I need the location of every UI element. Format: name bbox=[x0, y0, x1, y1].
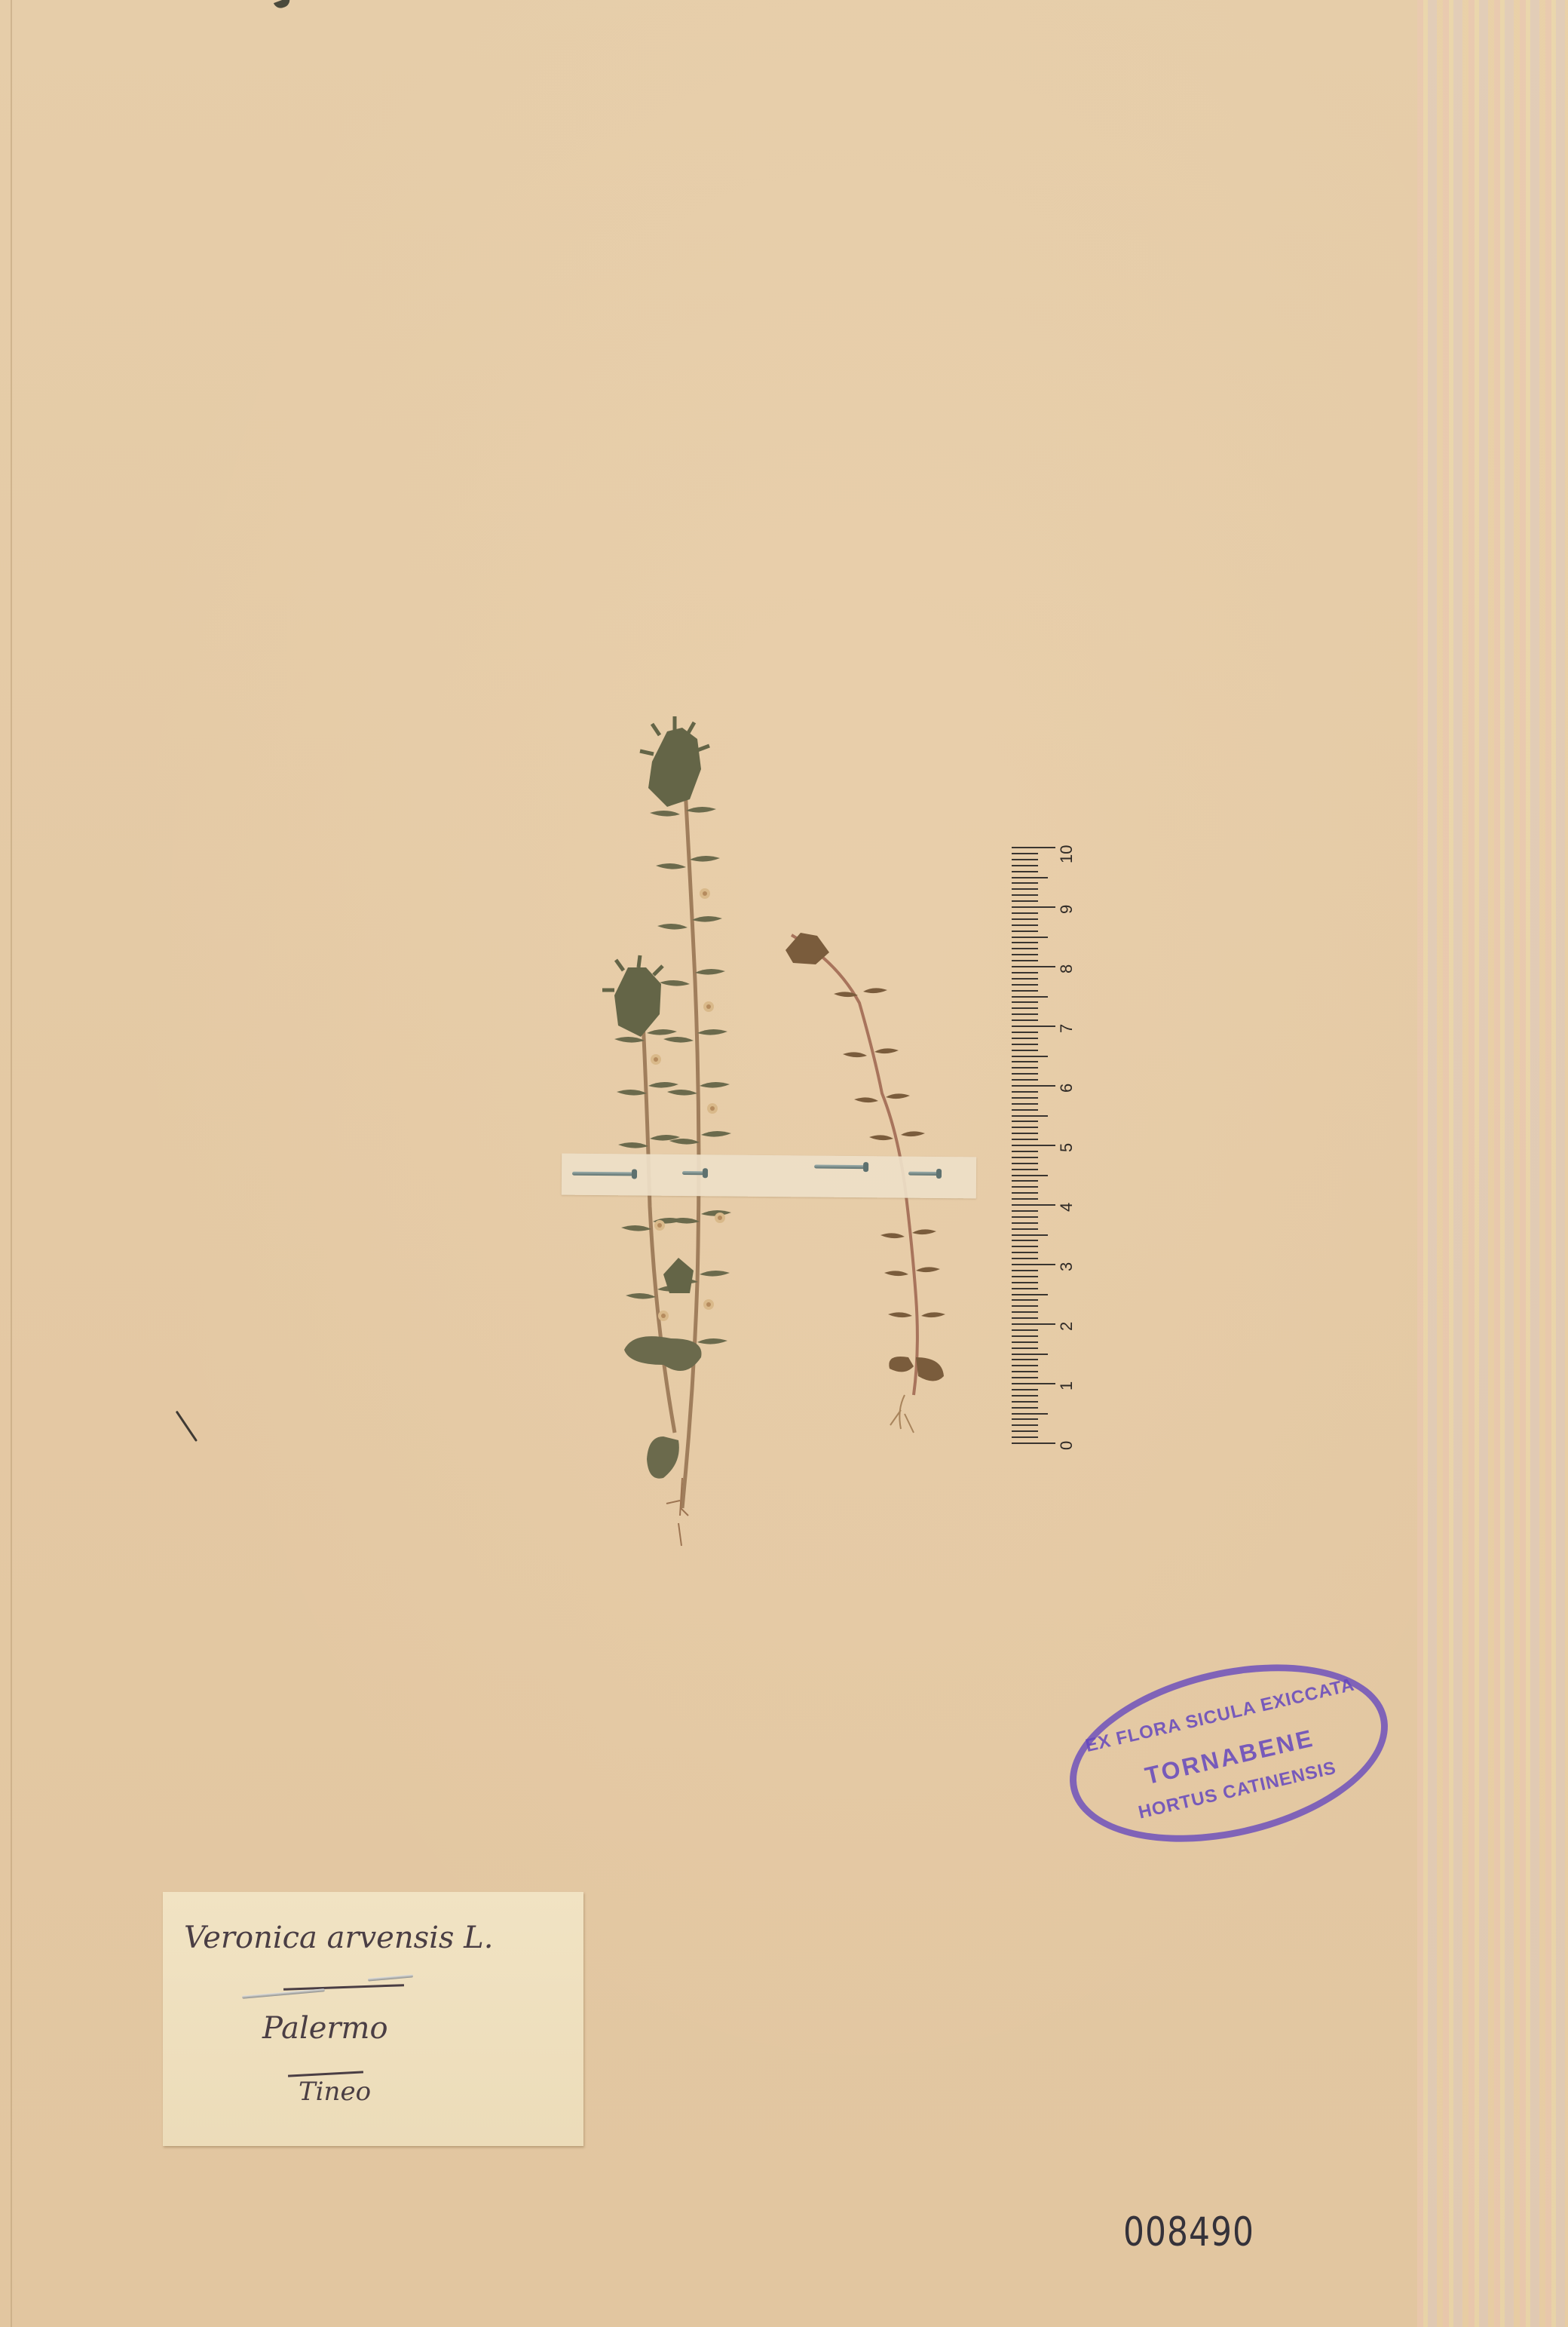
ruler-tick bbox=[1012, 1127, 1038, 1128]
ruler-tick bbox=[1012, 1305, 1038, 1307]
ruler-label-0: 0 bbox=[1057, 1441, 1076, 1450]
ruler-tick bbox=[1012, 882, 1038, 884]
pin bbox=[814, 1165, 865, 1170]
ruler-label-5: 5 bbox=[1057, 1143, 1076, 1152]
ruler-tick bbox=[1012, 1407, 1038, 1409]
ruler-tick bbox=[1012, 1371, 1038, 1372]
ruler-tick bbox=[1012, 900, 1038, 902]
ruler-tick bbox=[1012, 1151, 1038, 1152]
ruler-tick bbox=[1012, 1026, 1055, 1027]
pin bbox=[682, 1171, 705, 1175]
label-underline bbox=[283, 1984, 404, 1991]
ruler-tick bbox=[1012, 1354, 1048, 1355]
scale-ruler: 0 1 2 3 4 5 6 7 8 9 10 bbox=[1010, 841, 1078, 1452]
ruler-tick bbox=[1012, 1044, 1038, 1045]
ruler-tick bbox=[1012, 1383, 1055, 1384]
ruler-tick bbox=[1012, 1007, 1038, 1009]
ruler-tick bbox=[1012, 1192, 1038, 1194]
ruler-tick bbox=[1012, 972, 1038, 973]
ruler-tick bbox=[1012, 1157, 1038, 1158]
ruler-tick bbox=[1012, 1311, 1038, 1313]
pin bbox=[908, 1172, 939, 1176]
label-pin bbox=[368, 1974, 413, 1981]
ruler-tick bbox=[1012, 1347, 1038, 1349]
ruler-tick bbox=[1012, 1056, 1048, 1057]
ruler-tick bbox=[1012, 930, 1038, 932]
ruler-tick bbox=[1012, 1061, 1038, 1062]
ruler-tick bbox=[1012, 1317, 1038, 1319]
ruler-label-10: 10 bbox=[1057, 845, 1076, 863]
ruler-label-1: 1 bbox=[1057, 1381, 1076, 1390]
catalog-number: 008490 bbox=[1123, 2209, 1254, 2255]
ruler-tick bbox=[1012, 1365, 1038, 1366]
herbarium-sheet: 0 1 2 3 4 5 6 7 8 9 10 EX FLORA SICULA E… bbox=[0, 0, 1568, 2327]
ruler-tick bbox=[1012, 1234, 1048, 1236]
ruler-tick bbox=[1012, 990, 1038, 992]
ruler-tick bbox=[1012, 978, 1038, 980]
taxon-name: Veronica arvensis L. bbox=[184, 1921, 493, 1955]
ruler-tick bbox=[1012, 1413, 1048, 1415]
ruler-tick bbox=[1012, 1323, 1055, 1325]
ruler-tick bbox=[1012, 966, 1055, 967]
ruler-tick bbox=[1012, 1038, 1038, 1039]
ruler-tick bbox=[1012, 948, 1038, 949]
ruler-tick bbox=[1012, 1246, 1038, 1247]
ruler-tick bbox=[1012, 1180, 1038, 1182]
ruler-tick bbox=[1012, 859, 1038, 860]
ruler-tick bbox=[1012, 1109, 1038, 1111]
ruler-tick bbox=[1012, 1418, 1038, 1420]
ruler-tick bbox=[1012, 960, 1038, 961]
ruler-tick bbox=[1012, 1067, 1038, 1068]
ruler-tick bbox=[1012, 1389, 1038, 1390]
ruler-label-6: 6 bbox=[1057, 1084, 1076, 1093]
ruler-tick bbox=[1012, 1430, 1038, 1432]
ruler-tick bbox=[1012, 1216, 1038, 1218]
ruler-tick bbox=[1012, 1097, 1038, 1099]
ruler-tick bbox=[1012, 888, 1038, 890]
ruler-tick bbox=[1012, 1145, 1055, 1146]
ruler-tick bbox=[1012, 1175, 1048, 1176]
ruler-tick bbox=[1012, 1115, 1048, 1117]
ruler-tick bbox=[1012, 1163, 1038, 1164]
ruler-tick bbox=[1012, 1032, 1038, 1033]
ruler-tick bbox=[1012, 1395, 1038, 1397]
ruler-tick bbox=[1012, 1222, 1038, 1224]
ruler-tick bbox=[1012, 924, 1038, 926]
ruler-tick bbox=[1012, 1204, 1055, 1206]
ruler-label-2: 2 bbox=[1057, 1322, 1076, 1331]
ruler-tick bbox=[1012, 847, 1055, 848]
specimen-label: Veronica arvensis L. Palermo Tineo bbox=[163, 1892, 583, 2146]
ruler-tick bbox=[1012, 1169, 1038, 1170]
ruler-tick bbox=[1012, 853, 1038, 854]
ruler-label-4: 4 bbox=[1057, 1203, 1076, 1212]
ruler-label-9: 9 bbox=[1057, 905, 1076, 914]
ruler-tick bbox=[1012, 1264, 1055, 1265]
ruler-tick bbox=[1012, 1133, 1038, 1134]
ruler-tick bbox=[1012, 865, 1038, 866]
ruler-tick bbox=[1012, 1341, 1038, 1343]
ruler-tick bbox=[1012, 1436, 1038, 1438]
ruler-tick bbox=[1012, 1288, 1038, 1289]
ruler-label-3: 3 bbox=[1057, 1262, 1076, 1271]
ruler-tick bbox=[1012, 1085, 1055, 1087]
left-plant bbox=[602, 716, 731, 1546]
ruler-tick bbox=[1012, 894, 1038, 896]
ruler-tick bbox=[1012, 1299, 1038, 1301]
mounting-strip bbox=[562, 1154, 976, 1199]
ruler-tick bbox=[1012, 877, 1048, 878]
ruler-tick bbox=[1012, 1079, 1038, 1081]
ruler-tick bbox=[1012, 984, 1038, 986]
locality: Palermo bbox=[262, 2011, 388, 2046]
collector-signature: Tineo bbox=[299, 2077, 371, 2107]
ruler-tick bbox=[1012, 1258, 1038, 1259]
ruler-tick bbox=[1012, 1424, 1038, 1426]
ruler-tick bbox=[1012, 912, 1038, 914]
ruler-tick bbox=[1012, 1294, 1048, 1295]
ruler-tick bbox=[1012, 1186, 1038, 1188]
ruler-tick bbox=[1012, 1121, 1038, 1122]
ruler-tick bbox=[1012, 1013, 1038, 1015]
ruler-tick bbox=[1012, 954, 1038, 955]
ruler-tick bbox=[1012, 942, 1038, 943]
ruler-tick bbox=[1012, 1091, 1038, 1093]
ruler-tick bbox=[1012, 937, 1048, 938]
ruler-tick bbox=[1012, 1228, 1038, 1230]
ruler-tick bbox=[1012, 1103, 1038, 1105]
ruler-tick bbox=[1012, 871, 1038, 872]
ruler-tick bbox=[1012, 918, 1038, 920]
ruler-tick bbox=[1012, 906, 1055, 908]
ruler-tick bbox=[1012, 1276, 1038, 1277]
ruler-tick bbox=[1012, 1019, 1038, 1021]
ruler-tick bbox=[1012, 1001, 1038, 1003]
ruler-tick bbox=[1012, 1050, 1038, 1051]
ruler-tick bbox=[1012, 1210, 1038, 1212]
ruler-tick bbox=[1012, 1270, 1038, 1271]
ruler-tick bbox=[1012, 1252, 1038, 1253]
ruler-tick bbox=[1012, 1359, 1038, 1360]
ruler-tick bbox=[1012, 1198, 1038, 1200]
ruler-tick bbox=[1012, 1282, 1038, 1283]
ruler-tick bbox=[1012, 1329, 1038, 1331]
ruler-label-7: 7 bbox=[1057, 1024, 1076, 1033]
ruler-tick bbox=[1012, 1139, 1038, 1140]
ruler-tick bbox=[1012, 1240, 1038, 1241]
pin bbox=[572, 1172, 634, 1176]
ruler-tick bbox=[1012, 996, 1048, 998]
ruler-tick bbox=[1012, 1073, 1038, 1075]
ruler-tick bbox=[1012, 1442, 1055, 1444]
ruler-label-8: 8 bbox=[1057, 964, 1076, 973]
ruler-tick bbox=[1012, 1335, 1038, 1337]
ruler-tick bbox=[1012, 1401, 1038, 1403]
ruler-tick bbox=[1012, 1377, 1038, 1378]
